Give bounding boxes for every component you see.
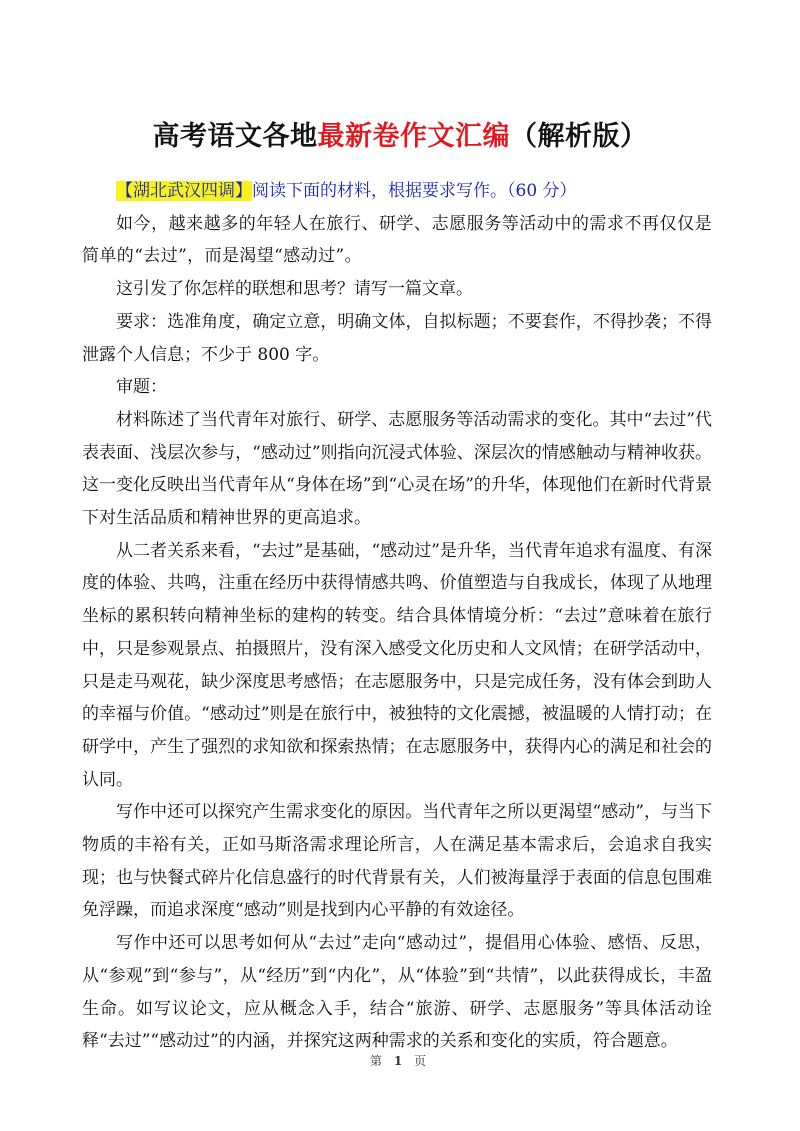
footer-prefix: 第 bbox=[370, 1054, 386, 1068]
title-part-3: （解析版） bbox=[510, 121, 648, 152]
document-page: 高考语文各地最新卷作文汇编（解析版） 【湖北武汉四调】阅读下面的材料，根据要求写… bbox=[0, 0, 800, 1131]
prompt-paragraph: 这引发了你怎样的联想和思考？请写一篇文章。 bbox=[82, 273, 712, 306]
analysis-paragraph: 写作中还可以思考如何从“去过”走向“感动过”，提倡用心体验、感悟、反思，从“参观… bbox=[82, 927, 712, 1058]
page-footer: 第 1 页 bbox=[0, 1052, 800, 1069]
analysis-paragraph: 写作中还可以探究产生需求变化的原因。当代青年之所以更渴望“感动”，与当下物质的丰… bbox=[82, 796, 712, 927]
material-paragraph: 如今，越来越多的年轻人在旅行、研学、志愿服务等活动中的需求不再仅仅是简单的“去过… bbox=[82, 208, 712, 273]
page-title: 高考语文各地最新卷作文汇编（解析版） bbox=[0, 114, 800, 153]
footer-suffix: 页 bbox=[414, 1054, 430, 1068]
analysis-paragraph: 材料陈述了当代青年对旅行、研学、志愿服务等活动需求的变化。其中“去过”代表表面、… bbox=[82, 404, 712, 535]
analysis-heading: 审题： bbox=[82, 371, 712, 404]
instruction-text: 阅读下面的材料，根据要求写作。（60 分） bbox=[252, 181, 577, 201]
question-header: 【湖北武汉四调】阅读下面的材料，根据要求写作。（60 分） bbox=[82, 175, 712, 208]
source-tag: 【湖北武汉四调】 bbox=[116, 181, 252, 201]
page-number: 1 bbox=[394, 1054, 406, 1068]
document-body: 【湖北武汉四调】阅读下面的材料，根据要求写作。（60 分） 如今，越来越多的年轻… bbox=[82, 175, 712, 1058]
title-part-1: 高考语文各地 bbox=[153, 121, 318, 152]
title-part-2-red: 最新卷作文汇编 bbox=[318, 121, 511, 152]
analysis-paragraph: 从二者关系来看，“去过”是基础，“感动过”是升华，当代青年追求有温度、有深度的体… bbox=[82, 535, 712, 797]
requirements-paragraph: 要求：选准角度，确定立意，明确文体，自拟标题；不要套作，不得抄袭；不得泄露个人信… bbox=[82, 306, 712, 371]
